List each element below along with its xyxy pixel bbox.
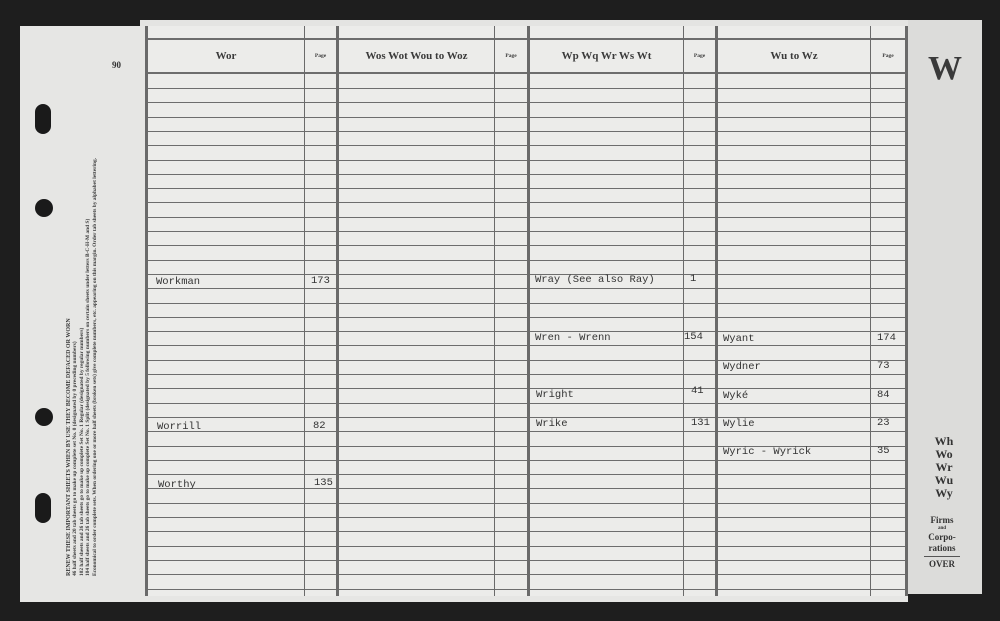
column-header-wu-wz: Wu to Wz <box>718 40 870 72</box>
over-label: OVER <box>914 559 970 570</box>
entry-page: 1 <box>690 273 696 285</box>
column-divider <box>336 26 339 596</box>
firms-corporations-note: Firms and Corpo- rations OVER <box>914 515 970 570</box>
entry-name: Worrill <box>157 421 201 433</box>
column-divider <box>494 26 495 596</box>
column-header-wos-woz: Wos Wot Wou to Woz <box>339 40 494 72</box>
entry-page: 35 <box>877 445 890 457</box>
entry-page: 82 <box>313 420 326 432</box>
instructions-line: 104 half sheets and 26 tab sheets go to … <box>85 156 91 576</box>
column-header-wor: Wor <box>148 40 304 72</box>
firms-line: Corpo- <box>914 532 970 543</box>
page-header: Page <box>684 40 715 72</box>
entry-name: Worthy <box>158 479 196 491</box>
page-header: Page <box>305 40 336 72</box>
entry-page: 154 <box>684 331 703 343</box>
instructions-line: Economical to order complete sets. When … <box>92 156 98 576</box>
entry-name: Wren - Wrenn <box>535 332 611 344</box>
page-header: Page <box>495 40 527 72</box>
column-divider <box>527 26 530 596</box>
column-divider <box>715 26 718 596</box>
tab-letter: W <box>928 50 962 88</box>
column-header-wp-wt: Wp Wq Wr Ws Wt <box>530 40 683 72</box>
sheet-number: 90 <box>112 60 121 70</box>
binder-hole-top <box>35 104 51 134</box>
entry-name: Wylie <box>723 418 755 430</box>
entry-page: 135 <box>314 477 333 489</box>
firms-line: Firms <box>914 515 970 526</box>
entry-page: 174 <box>877 332 896 344</box>
column-divider <box>145 26 148 596</box>
entry-name: Wray (See also Ray) <box>535 274 655 286</box>
page-header: Page <box>871 40 905 72</box>
entry-page: 131 <box>691 417 710 429</box>
divider <box>924 556 960 557</box>
entry-name: Wyant <box>723 333 755 345</box>
entry-page: 84 <box>877 389 890 401</box>
binder-hole-bottom <box>35 493 51 523</box>
firms-line: rations <box>914 543 970 554</box>
margin-instructions: RENEW THESE IMPORTANT SHEETS WHEN BY USE… <box>66 156 98 576</box>
binder-hole-round-lower <box>35 408 53 426</box>
entry-page: 173 <box>311 275 330 287</box>
binder-hole-round-upper <box>35 199 53 217</box>
column-divider <box>683 26 684 596</box>
column-divider <box>905 26 908 596</box>
entry-name: Wyké <box>723 390 748 402</box>
entry-page: 41 <box>691 385 704 397</box>
entry-page: 23 <box>877 417 890 429</box>
entry-name: Wrike <box>536 418 568 430</box>
column-divider <box>304 26 305 596</box>
entry-name: Wyric - Wyrick <box>723 446 811 458</box>
entry-name: Wydner <box>723 361 761 373</box>
tab-letter-item: Wy <box>922 487 966 500</box>
tab-letter-list: Wh Wo Wr Wu Wy <box>922 435 966 500</box>
entry-page: 73 <box>877 360 890 372</box>
letter-tab <box>908 20 982 594</box>
entry-name: Workman <box>156 276 200 288</box>
entry-name: Wright <box>536 389 574 401</box>
column-divider <box>870 26 871 596</box>
